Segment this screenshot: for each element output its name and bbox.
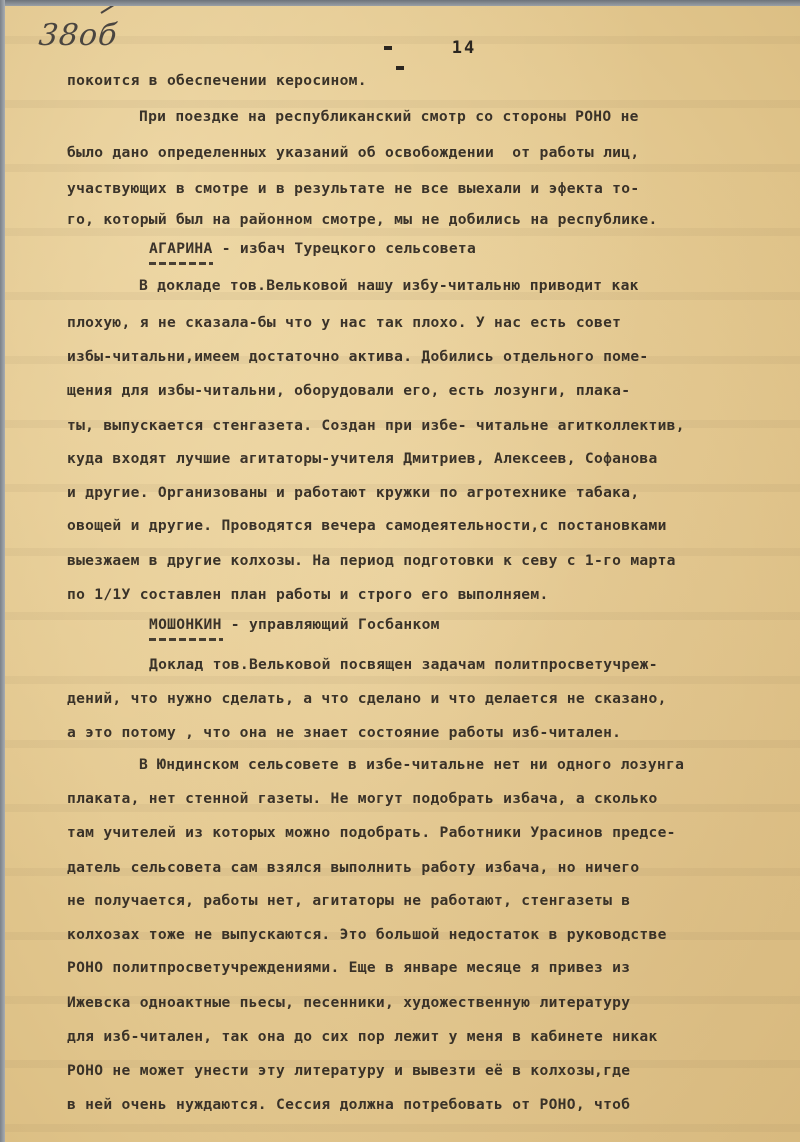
text-line: было дано определенных указаний об освоб… xyxy=(67,146,787,161)
text-line: РОНО политпросветучреждениями. Еще в янв… xyxy=(67,961,787,976)
text-line: Ижевска одноактные пьесы, песенники, худ… xyxy=(67,996,787,1011)
text-line: В Юндинском сельсовете в избе-читальне н… xyxy=(139,758,800,773)
text-line: куда входят лучшие агитаторы-учителя Дми… xyxy=(67,452,787,467)
text-line: Доклад тов.Вельковой посвящен задачам по… xyxy=(149,658,800,673)
text-line: плохую, я не сказала-бы что у нас так пл… xyxy=(67,316,787,331)
speaker-heading: МОШОНКИН - управляющий Госбанком xyxy=(149,618,800,633)
text-line: не получается, работы нет, агитаторы не … xyxy=(67,894,787,909)
text-line: участвующих в смотре и в результате не в… xyxy=(67,182,787,197)
archive-sheet-number: 38об xyxy=(37,18,119,53)
speaker-heading-underline xyxy=(149,262,213,265)
text-line: В докладе тов.Вельковой нашу избу-читаль… xyxy=(139,279,800,294)
text-line: по 1/1У составлен план работы и строго е… xyxy=(67,588,787,603)
text-line: щения для избы-читальни, оборудовали его… xyxy=(67,384,787,399)
page-number-dash-right xyxy=(396,66,404,70)
text-line: там учителей из которых можно подобрать.… xyxy=(67,826,787,841)
speaker-heading-underline xyxy=(149,638,223,641)
text-line: дений, что нужно сделать, а что сделано … xyxy=(67,692,787,707)
archive-number-stroke xyxy=(100,6,132,14)
text-line: го, который был на районном смотре, мы н… xyxy=(67,213,787,228)
document-page: 38об 14 покоится в обеспечении керосином… xyxy=(5,6,800,1142)
text-line: плаката, нет стенной газеты. Не могут по… xyxy=(67,792,787,807)
text-line: а это потому , что она не знает состояни… xyxy=(67,726,787,741)
page-number-dash-left xyxy=(384,46,392,50)
text-line: РОНО не может унести эту литературу и вы… xyxy=(67,1064,787,1079)
text-line: выезжаем в другие колхозы. На период под… xyxy=(67,554,787,569)
text-line: избы-читальни,имеем достаточно актива. Д… xyxy=(67,350,787,365)
text-line: и другие. Организованы и работают кружки… xyxy=(67,486,787,501)
text-line: покоится в обеспечении керосином. xyxy=(67,74,787,89)
speaker-heading: АГАРИНА - избач Турецкого сельсовета xyxy=(149,242,800,257)
text-line: овощей и другие. Проводятся вечера самод… xyxy=(67,519,787,534)
text-line: для изб-читален, так она до сих пор лежи… xyxy=(67,1030,787,1045)
text-line: датель сельсовета сам взялся выполнить р… xyxy=(67,861,787,876)
text-line: При поездке на республиканский смотр со … xyxy=(139,110,800,125)
text-line: в ней очень нуждаются. Сессия должна пот… xyxy=(67,1098,787,1113)
text-line: ты, выпускается стенгазета. Создан при и… xyxy=(67,419,787,434)
page-number-value: 14 xyxy=(452,38,476,58)
text-line: колхозах тоже не выпускаются. Это большо… xyxy=(67,928,787,943)
